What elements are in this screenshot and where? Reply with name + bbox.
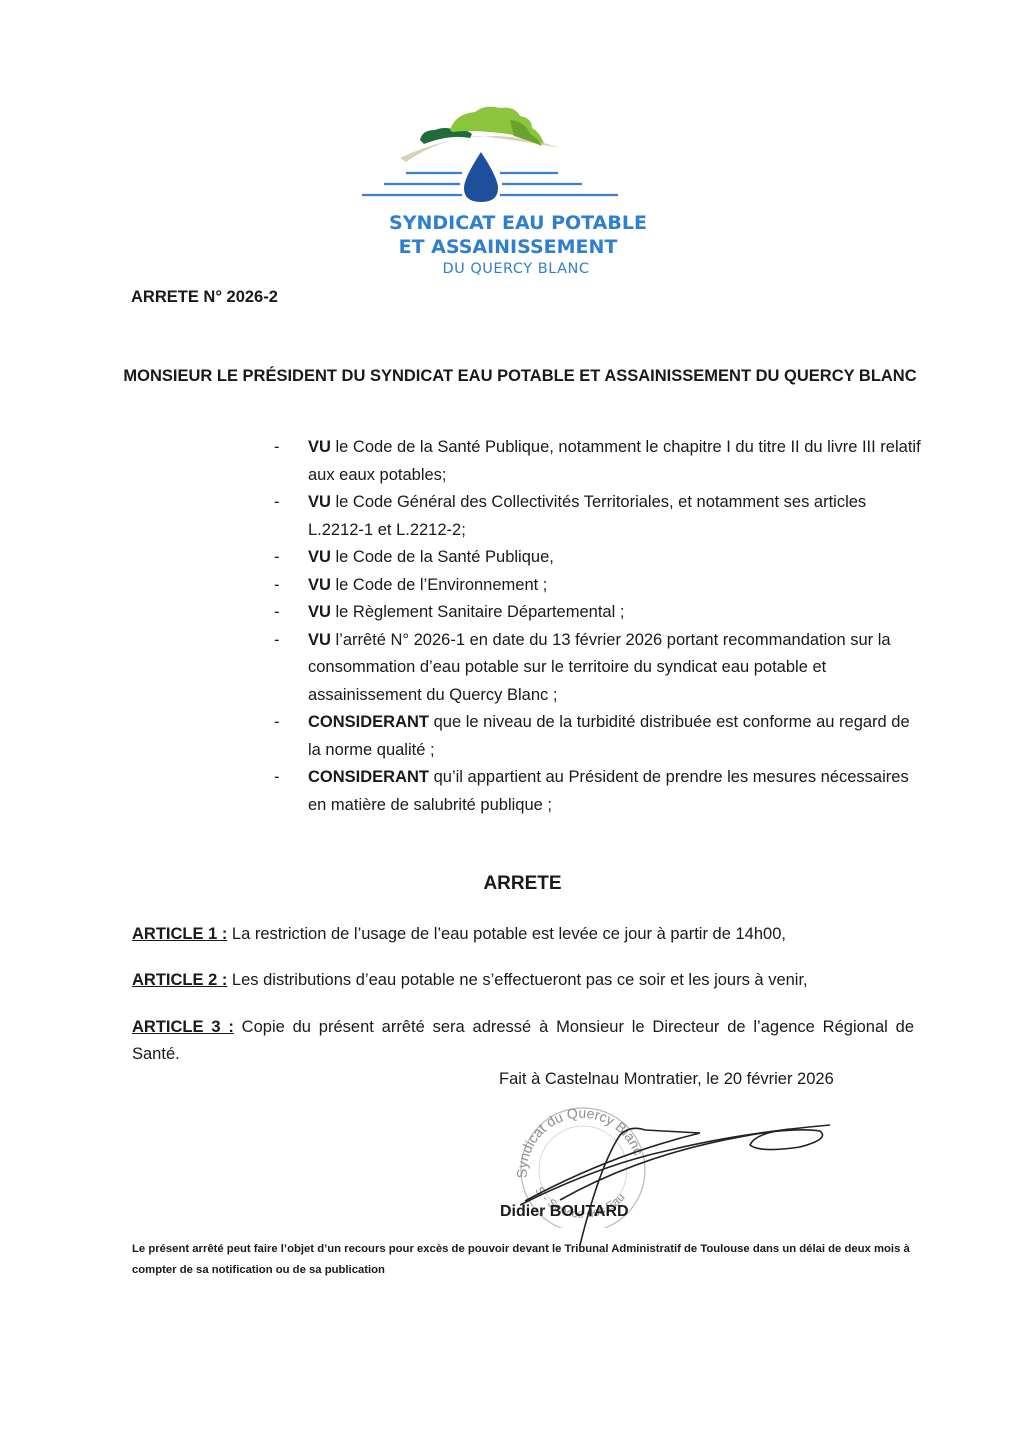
- consideration-item: -VU le Code de la Santé Publique,: [272, 544, 922, 572]
- consideration-text: le Règlement Sanitaire Départemental ;: [331, 603, 625, 621]
- logo-text-line1: SYNDICAT EAU POTABLE: [368, 212, 668, 234]
- consideration-item: -VU le Code de la Santé Publique, notamm…: [272, 434, 922, 489]
- consideration-text: le Code Général des Collectivités Territ…: [308, 493, 866, 539]
- article-text: Les distributions d’eau potable ne s’eff…: [227, 971, 807, 989]
- place-and-date: Fait à Castelnau Montratier, le 20 févri…: [499, 1070, 834, 1089]
- consideration-keyword: VU: [308, 548, 331, 566]
- signature-icon: [520, 1105, 850, 1250]
- article-label: ARTICLE 3 :: [132, 1018, 234, 1036]
- logo: SYNDICAT EAU POTABLE ET ASSAINISSEMENT D…: [360, 100, 660, 290]
- logo-emblem-icon: [360, 100, 660, 210]
- article-2: ARTICLE 2 : Les distributions d’eau pota…: [132, 967, 914, 994]
- consideration-keyword: CONSIDERANT: [308, 713, 429, 731]
- consideration-text: l’arrêté N° 2026-1 en date du 13 février…: [308, 631, 891, 704]
- article-3: ARTICLE 3 : Copie du présent arrêté sera…: [132, 1014, 914, 1068]
- consideration-item: -CONSIDERANT qu’il appartient au Préside…: [272, 764, 922, 819]
- considerations-list: -VU le Code de la Santé Publique, notamm…: [272, 434, 922, 819]
- consideration-keyword: VU: [308, 438, 331, 456]
- consideration-text: le Code de la Santé Publique, notamment …: [308, 438, 921, 484]
- article-1: ARTICLE 1 : La restriction de l’usage de…: [132, 921, 914, 948]
- consideration-text: le Code de la Santé Publique,: [331, 548, 554, 566]
- arrete-number: ARRETE N° 2026-2: [131, 288, 278, 307]
- logo-text-line3: DU QUERCY BLANC: [366, 261, 666, 277]
- article-text: La restriction de l’usage de l’eau potab…: [227, 925, 786, 943]
- consideration-item: -VU le Code de l’Environnement ;: [272, 572, 922, 600]
- arrete-heading: ARRETE: [0, 873, 1024, 895]
- consideration-keyword: VU: [308, 631, 331, 649]
- consideration-keyword: VU: [308, 603, 331, 621]
- recourse-notice: Le présent arrêté peut faire l’objet d’u…: [132, 1239, 922, 1281]
- article-label: ARTICLE 1 :: [132, 925, 227, 943]
- consideration-item: -VU l’arrêté N° 2026-1 en date du 13 fév…: [272, 627, 922, 710]
- article-text: Copie du présent arrêté sera adressé à M…: [132, 1018, 914, 1063]
- consideration-item: -VU le Code Général des Collectivités Te…: [272, 489, 922, 544]
- consideration-keyword: CONSIDERANT: [308, 768, 429, 786]
- article-label: ARTICLE 2 :: [132, 971, 227, 989]
- consideration-item: -CONSIDERANT que le niveau de la turbidi…: [272, 709, 922, 764]
- consideration-keyword: VU: [308, 576, 331, 594]
- document-title: MONSIEUR LE PRÉSIDENT DU SYNDICAT EAU PO…: [120, 361, 920, 391]
- consideration-text: le Code de l’Environnement ;: [331, 576, 547, 594]
- logo-text-line2: ET ASSAINISSEMENT: [358, 236, 658, 258]
- consideration-keyword: VU: [308, 493, 331, 511]
- consideration-item: -VU le Règlement Sanitaire Départemental…: [272, 599, 922, 627]
